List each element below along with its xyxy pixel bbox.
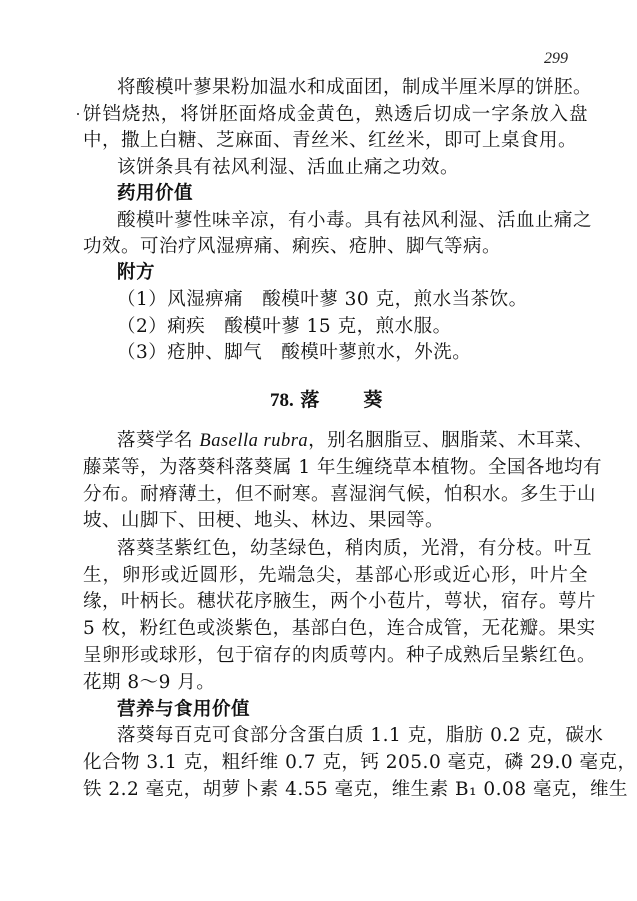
section-title-char: 落 — [300, 389, 319, 411]
subheading-nutrition: 营养与食用价值 — [117, 697, 622, 723]
body-line: 呈卵形或球形，包于宿存的肉质萼内。种子成熟后呈紫红色。 — [83, 643, 588, 669]
prescription-item: （3）疮肿、脚气 酸模叶蓼煎水，外洗。 — [117, 340, 588, 366]
scan-mark — [77, 113, 79, 115]
section-number: 78. — [270, 390, 294, 411]
subheading-medicinal-value: 药用价值 — [117, 181, 622, 207]
body-line: 坡、山脚下、田梗、地头、林边、果园等。 — [83, 508, 588, 534]
body-line: 化合物 3.1 克，粗纤维 0.7 克，钙 205.0 毫克，磷 29.0 毫克… — [83, 750, 588, 776]
body-line: 分布。耐瘠薄土，但不耐寒。喜湿润气候，怕积水。多生于山 — [83, 482, 588, 508]
body-line: 功效。可治疗风湿痹痛、痢疾、疮肿、脚气等病。 — [83, 234, 588, 260]
body-line: 中，撒上白糖、芝麻面、青丝米、红丝米，即可上桌食用。 — [83, 128, 588, 154]
body-line: 落葵茎紫红色，幼茎绿色，稍肉质，光滑，有分枝。叶互 — [117, 536, 588, 562]
body-line: 将酸模叶蓼果粉加温水和成面团，制成半厘米厚的饼胚。 — [117, 75, 588, 101]
body-line: 酸模叶蓼性味辛凉，有小毒。具有祛风利湿、活血止痛之 — [117, 208, 588, 234]
body-line: 缘，叶柄长。穗状花序腋生，两个小苞片，萼状，宿存。萼片 — [83, 589, 588, 615]
section-title-char: 葵 — [363, 389, 382, 411]
page-number: 299 — [544, 50, 568, 68]
body-line: 5 枚，粉红色或淡紫色，基部白色，连合成管，无花瓣。果实 — [83, 616, 588, 642]
body-line: 该饼条具有祛风利湿、活血止痛之功效。 — [117, 155, 588, 181]
body-line: 落葵每百克可食部分含蛋白质 1.1 克，脂肪 0.2 克，碳水 — [117, 723, 588, 749]
body-line: 花期 8～9 月。 — [83, 670, 588, 696]
body-line: 饼铛烧热，将饼胚面烙成金黄色，熟透后切成一字条放入盘 — [83, 102, 588, 128]
prescription-item: （2）痢疾 酸模叶蓼 15 克，煎水服。 — [117, 314, 588, 340]
latin-name: Basella rubra — [199, 431, 308, 451]
body-line: 铁 2.2 毫克，胡萝卜素 4.55 毫克，维生素 B₁ 0.08 毫克，维生 — [83, 777, 588, 803]
body-line: 落葵学名 Basella rubra，别名胭脂豆、胭脂菜、木耳菜、 — [117, 428, 588, 454]
prescription-item: （1）风湿痹痛 酸模叶蓼 30 克，煎水当茶饮。 — [117, 287, 588, 313]
section-title: 78. 落葵 — [270, 387, 382, 414]
body-line: 生，卵形或近圆形，先端急尖，基部心形或近心形，叶片全 — [83, 563, 588, 589]
subheading-prescriptions: 附方 — [117, 260, 622, 286]
body-line: 藤菜等，为落葵科落葵属 1 年生缠绕草本植物。全国各地均有 — [83, 455, 588, 481]
